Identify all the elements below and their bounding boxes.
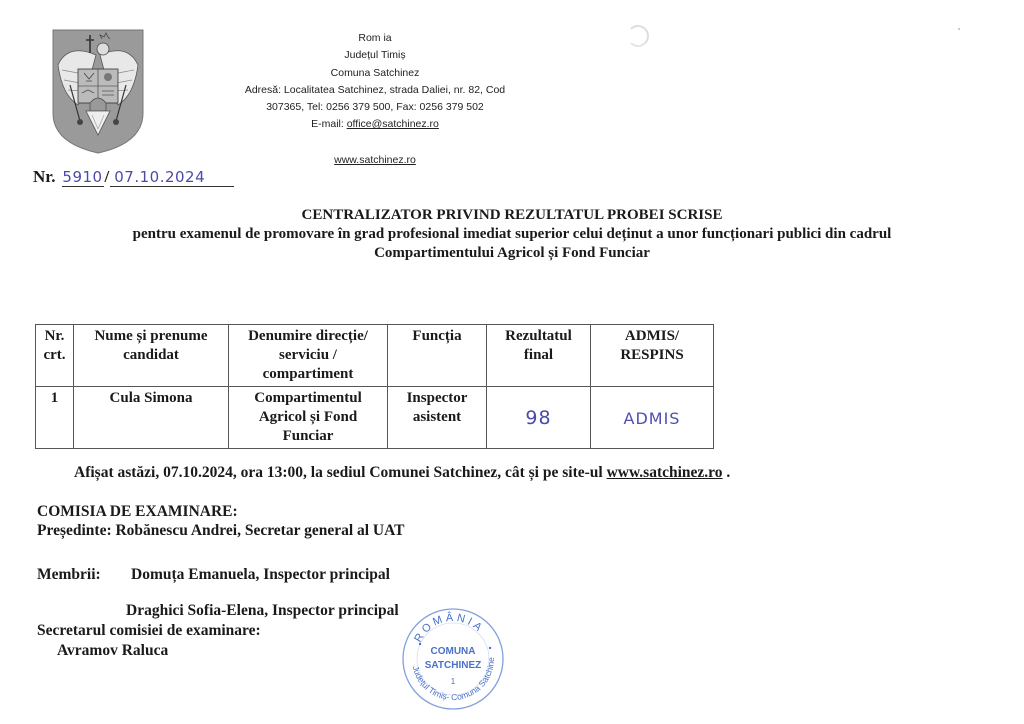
member-1: Domuța Emanuela, Inspector principal: [131, 566, 390, 583]
member-2: Draghici Sofia-Elena, Inspector principa…: [126, 602, 399, 620]
svg-text:1: 1: [451, 677, 456, 686]
cell-status: ADMIS: [591, 387, 714, 449]
commission-secretary: Secretarul comisiei de examinare: Avramo…: [37, 621, 261, 661]
title-line-2: pentru examenul de promovare în grad pro…: [0, 225, 1024, 244]
commune-name: Comuna Satchinez: [200, 65, 550, 82]
cell-nr: 1: [36, 387, 74, 449]
address-line-2: 307365, Tel: 0256 379 500, Fax: 0256 379…: [200, 99, 550, 116]
posting-text: Afișat astăzi, 07.10.2024, ora 13:00, la…: [74, 464, 607, 481]
table-header-row: Nr.crt. Nume și prenumecandidat Denumire…: [36, 325, 714, 387]
title-line-1: CENTRALIZATOR PRIVIND REZULTATUL PROBEI …: [0, 206, 1024, 225]
results-table: Nr.crt. Nume și prenumecandidat Denumire…: [35, 324, 714, 449]
header-function: Funcția: [388, 325, 487, 387]
email-label: E-mail:: [311, 118, 347, 130]
cell-department: CompartimentulAgricol și FondFunciar: [229, 387, 388, 449]
header-nr: Nr.crt.: [36, 325, 74, 387]
header-name: Nume și prenumecandidat: [74, 325, 229, 387]
posting-website-link[interactable]: www.satchinez.ro: [607, 464, 723, 481]
address-line-1: Adresă: Localitatea Satchinez, strada Da…: [200, 82, 550, 99]
email-link[interactable]: office@satchinez.ro: [347, 118, 439, 130]
table-row: 1 Cula Simona CompartimentulAgricol și F…: [36, 387, 714, 449]
commission-block: COMISIA DE EXAMINARE: Președinte: Robăne…: [37, 502, 405, 540]
svg-text:COMUNA: COMUNA: [431, 646, 476, 657]
secretary-label: Secretarul comisiei de examinare:: [37, 622, 261, 639]
cell-name: Cula Simona: [74, 387, 229, 449]
country-name: Rom ia: [200, 30, 550, 47]
registration-number: Nr. 5910 / 07.10.2024: [33, 167, 234, 187]
cell-result: 98: [487, 387, 591, 449]
title-line-3: Compartimentului Agricol și Fond Funciar: [0, 244, 1024, 263]
header-result: Rezultatulfinal: [487, 325, 591, 387]
members-label: Membrii:: [37, 566, 131, 584]
registration-number-value: 5910: [62, 168, 104, 187]
header-status: ADMIS/RESPINS: [591, 325, 714, 387]
website-link[interactable]: www.satchinez.ro: [200, 152, 550, 169]
official-stamp-icon: ROMÂNIA Județul Timiș- Comuna Satchinez …: [398, 604, 508, 714]
registration-label: Nr.: [33, 167, 56, 187]
commission-president: Președinte: Robănescu Andrei, Secretar g…: [37, 521, 405, 540]
cell-function: Inspectorasistent: [388, 387, 487, 449]
coat-of-arms-icon: [48, 25, 148, 155]
posting-statement: Afișat astăzi, 07.10.2024, ora 13:00, la…: [74, 464, 730, 482]
registration-date: 07.10.2024: [110, 168, 234, 187]
secretary-name: Avramov Raluca: [37, 641, 261, 661]
scan-artifact-dot: [958, 28, 960, 30]
header-department: Denumire direcție/serviciu /compartiment: [229, 325, 388, 387]
commission-heading: COMISIA DE EXAMINARE:: [37, 502, 405, 521]
svg-text:SATCHINEZ: SATCHINEZ: [425, 660, 481, 671]
commission-members: Membrii:Domuța Emanuela, Inspector princ…: [37, 566, 390, 584]
email-line: E-mail: office@satchinez.ro: [200, 116, 550, 133]
registration-separator: /: [105, 167, 110, 187]
scan-artifact: [627, 25, 649, 47]
svg-text:ROMÂNIA: ROMÂNIA: [412, 611, 486, 645]
letterhead-address: Rom ia Județul Timiș Comuna Satchinez Ad…: [200, 30, 550, 169]
document-title: CENTRALIZATOR PRIVIND REZULTATUL PROBEI …: [0, 206, 1024, 263]
county-name: Județul Timiș: [200, 47, 550, 64]
